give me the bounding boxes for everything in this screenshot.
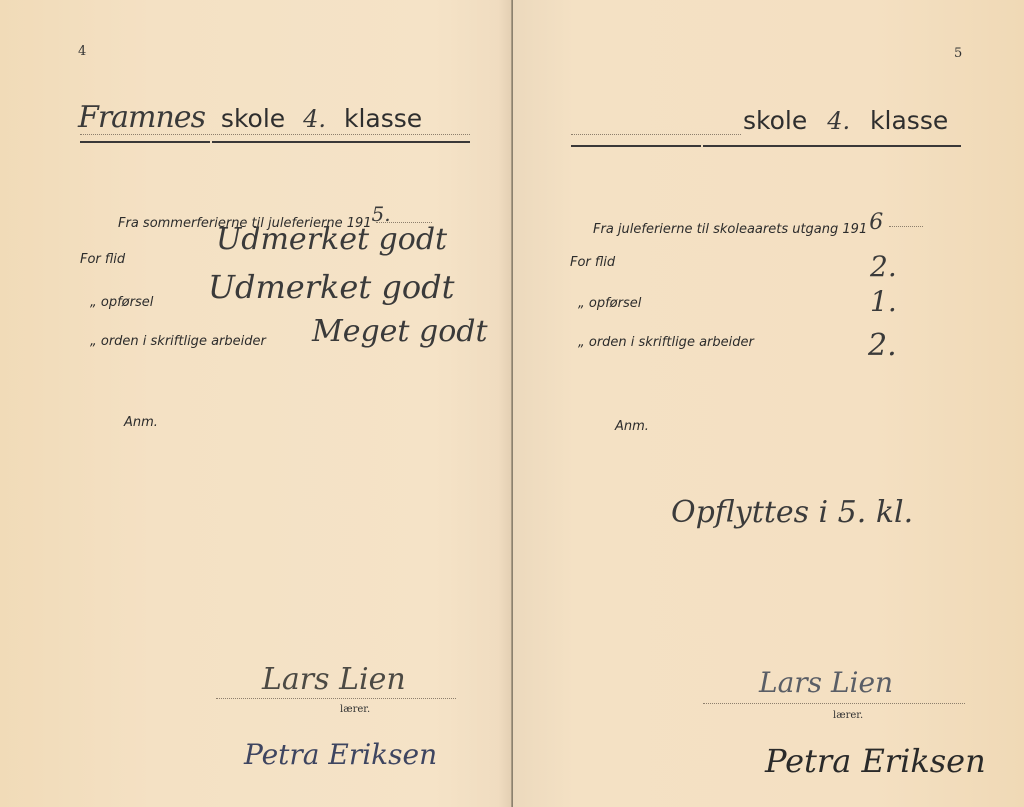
- remarks-label: Anm.: [124, 415, 158, 430]
- teacher-caption: lærer.: [340, 704, 370, 715]
- teacher-signature: Lars Lien: [262, 662, 406, 697]
- grade-value-written-order: 2.: [868, 328, 897, 363]
- school-label: skole: [743, 106, 807, 135]
- heading-rule-left: [571, 145, 701, 147]
- grade-label-written-order: „ orden i skriftlige arbeider: [578, 335, 754, 350]
- heading-rule-left: [80, 141, 210, 143]
- teacher-caption: lærer.: [833, 710, 863, 721]
- teacher-signature-line: [216, 698, 456, 699]
- period-line: Fra juleferierne til skoleaarets utgang …: [593, 214, 883, 239]
- grade-label-written-order: „ orden i skriftlige arbeider: [90, 334, 266, 349]
- grade-value-written-order: Meget godt: [312, 314, 488, 349]
- school-blank-dotted-line: [571, 134, 741, 135]
- heading-rule-right: [212, 141, 470, 143]
- class-label: klasse: [870, 106, 948, 135]
- period-dotted-line: [889, 226, 923, 227]
- right-page: 5 skole 4. klasse Fra juleferierne til s…: [513, 0, 1024, 807]
- grade-label-diligence: For flid: [80, 252, 125, 267]
- class-label: klasse: [344, 104, 422, 133]
- grade-value-diligence: 2.: [870, 250, 897, 283]
- page-heading: Framnes skole 4. klasse: [78, 100, 422, 135]
- teacher-signature-line: [703, 703, 965, 704]
- spine-shadow: [498, 0, 512, 807]
- class-handwritten: 4.: [303, 105, 326, 133]
- heading-dotted-line: [80, 134, 470, 135]
- left-page: 4 Framnes skole 4. klasse Fra sommerferi…: [0, 0, 512, 807]
- grade-label-conduct: „ opførsel: [90, 295, 153, 310]
- period-label: Fra juleferierne til skoleaarets utgang …: [593, 222, 867, 237]
- grade-value-diligence: Udmerket godt: [216, 222, 447, 257]
- parent-signature: Petra Eriksen: [765, 742, 986, 780]
- grade-label-conduct: „ opførsel: [578, 296, 641, 311]
- remarks-label: Anm.: [615, 419, 649, 434]
- grade-value-conduct: 1.: [870, 285, 897, 318]
- school-name-handwritten: Framnes: [78, 100, 205, 135]
- grade-value-conduct: Udmerket godt: [208, 268, 454, 306]
- page-heading: skole 4. klasse: [743, 106, 948, 135]
- heading-rule-right: [703, 145, 961, 147]
- school-label: skole: [221, 104, 285, 133]
- parent-signature: Petra Eriksen: [244, 738, 437, 771]
- teacher-signature: Lars Lien: [759, 666, 893, 699]
- class-handwritten: 4.: [827, 107, 850, 135]
- grade-label-diligence: For flid: [570, 255, 615, 270]
- remarks-text: Opflyttes i 5. kl.: [671, 495, 913, 530]
- page-number: 4: [78, 44, 86, 59]
- page-number: 5: [954, 46, 962, 61]
- period-year-handwritten: 6: [869, 210, 883, 235]
